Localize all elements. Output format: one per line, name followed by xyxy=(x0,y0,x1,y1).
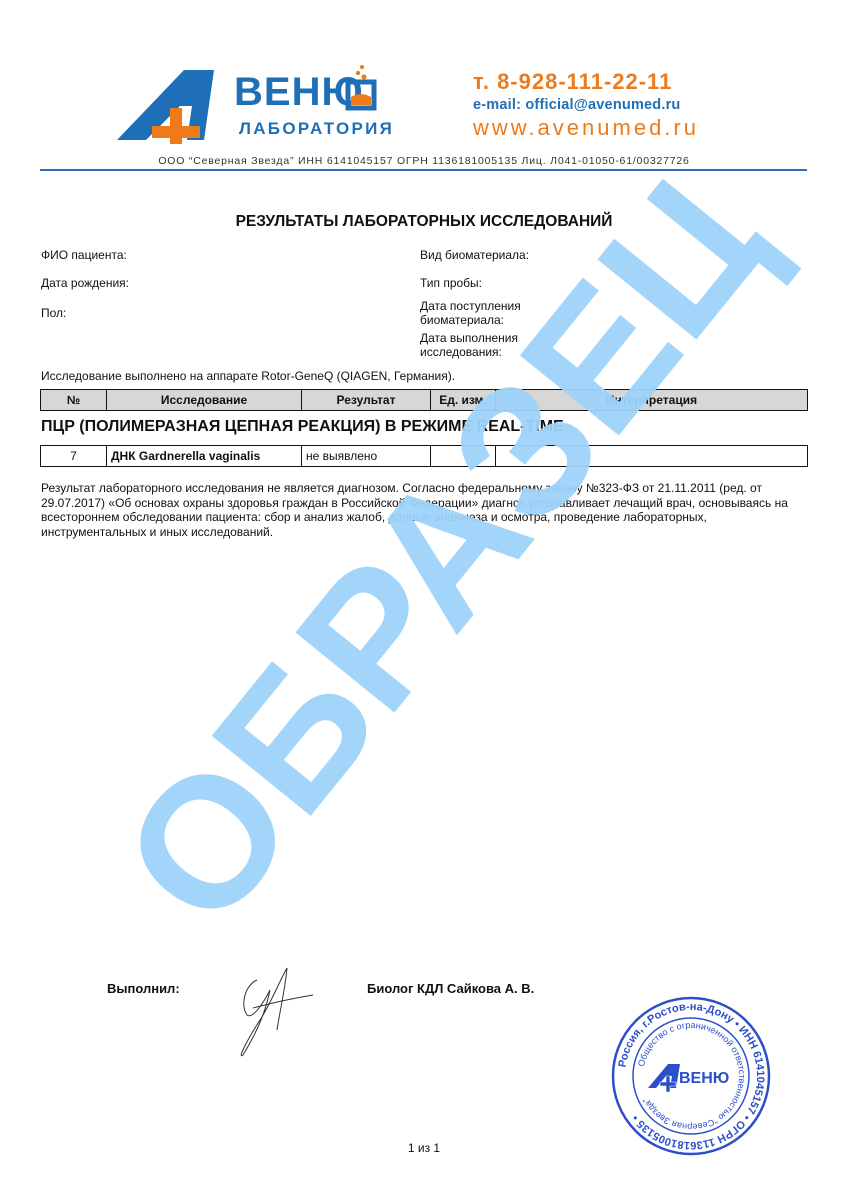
performer-name: Биолог КДЛ Сайкова А. В. xyxy=(367,981,534,996)
page-number: 1 из 1 xyxy=(0,1141,848,1155)
website-url: www.avenumed.ru xyxy=(473,115,699,141)
birth-date-label: Дата рождения: xyxy=(41,276,129,290)
svg-text:ВЕНЮ: ВЕНЮ xyxy=(679,1070,729,1087)
cell-test: ДНК Gardnerella vaginalis xyxy=(107,446,302,467)
email-address: e-mail: official@avenumed.ru xyxy=(473,95,699,115)
column-header-test: Исследование xyxy=(107,390,302,411)
flask-icon xyxy=(342,64,378,114)
logo-subtitle: ЛАБОРАТОРИЯ xyxy=(239,119,394,139)
contact-block: т. 8-928-111-22-11 e-mail: official@aven… xyxy=(473,69,699,141)
biomaterial-type-label: Вид биоматериала: xyxy=(420,248,529,262)
patient-name-label: ФИО пациента: xyxy=(41,248,127,262)
page-title: РЕЗУЛЬТАТЫ ЛАБОРАТОРНЫХ ИССЛЕДОВАНИЙ xyxy=(0,213,848,231)
disclaimer-text: Результат лабораторного исследования не … xyxy=(41,481,811,539)
signature-image xyxy=(225,960,335,1060)
header-divider xyxy=(40,169,807,171)
cell-unit xyxy=(431,446,496,467)
sex-label: Пол: xyxy=(41,306,66,320)
company-stamp: Россия, г.Ростов-на-Дону • ИНН 614104515… xyxy=(608,996,774,1156)
results-table-header: № Исследование Результат Ед. изм. Интерп… xyxy=(40,389,808,411)
device-note: Исследование выполнено на аппарате Rotor… xyxy=(41,369,455,383)
phone-number: т. 8-928-111-22-11 xyxy=(473,69,699,95)
cell-number: 7 xyxy=(41,446,107,467)
results-table: 7 ДНК Gardnerella vaginalis не выявлено xyxy=(40,445,808,467)
test-date-label: Дата выполнения исследования: xyxy=(420,331,518,359)
cell-result: не выявлено xyxy=(302,446,431,467)
column-header-interpretation: Интерпретация xyxy=(496,390,808,411)
column-header-result: Результат xyxy=(302,390,431,411)
performed-by-label: Выполнил: xyxy=(107,981,180,996)
sample-type-label: Тип пробы: xyxy=(420,276,482,290)
company-registration: ООО “Северная Звезда” ИНН 6141045157 ОГР… xyxy=(0,155,848,167)
section-title: ПЦР (ПОЛИМЕРАЗНАЯ ЦЕПНАЯ РЕАКЦИЯ) В РЕЖИ… xyxy=(41,418,564,436)
company-logo: ВЕНЮ ЛАБОРАТОРИЯ xyxy=(112,64,442,144)
svg-text:ОБРАЗЕЦ: ОБРАЗЕЦ xyxy=(83,140,804,963)
logo-a-plus-icon xyxy=(112,64,222,144)
column-header-unit: Ед. изм. xyxy=(431,390,496,411)
cell-interpretation xyxy=(496,446,808,467)
table-row: 7 ДНК Gardnerella vaginalis не выявлено xyxy=(41,446,808,467)
column-header-number: № xyxy=(41,390,107,411)
receipt-date-label: Дата поступления биоматериала: xyxy=(420,299,521,327)
